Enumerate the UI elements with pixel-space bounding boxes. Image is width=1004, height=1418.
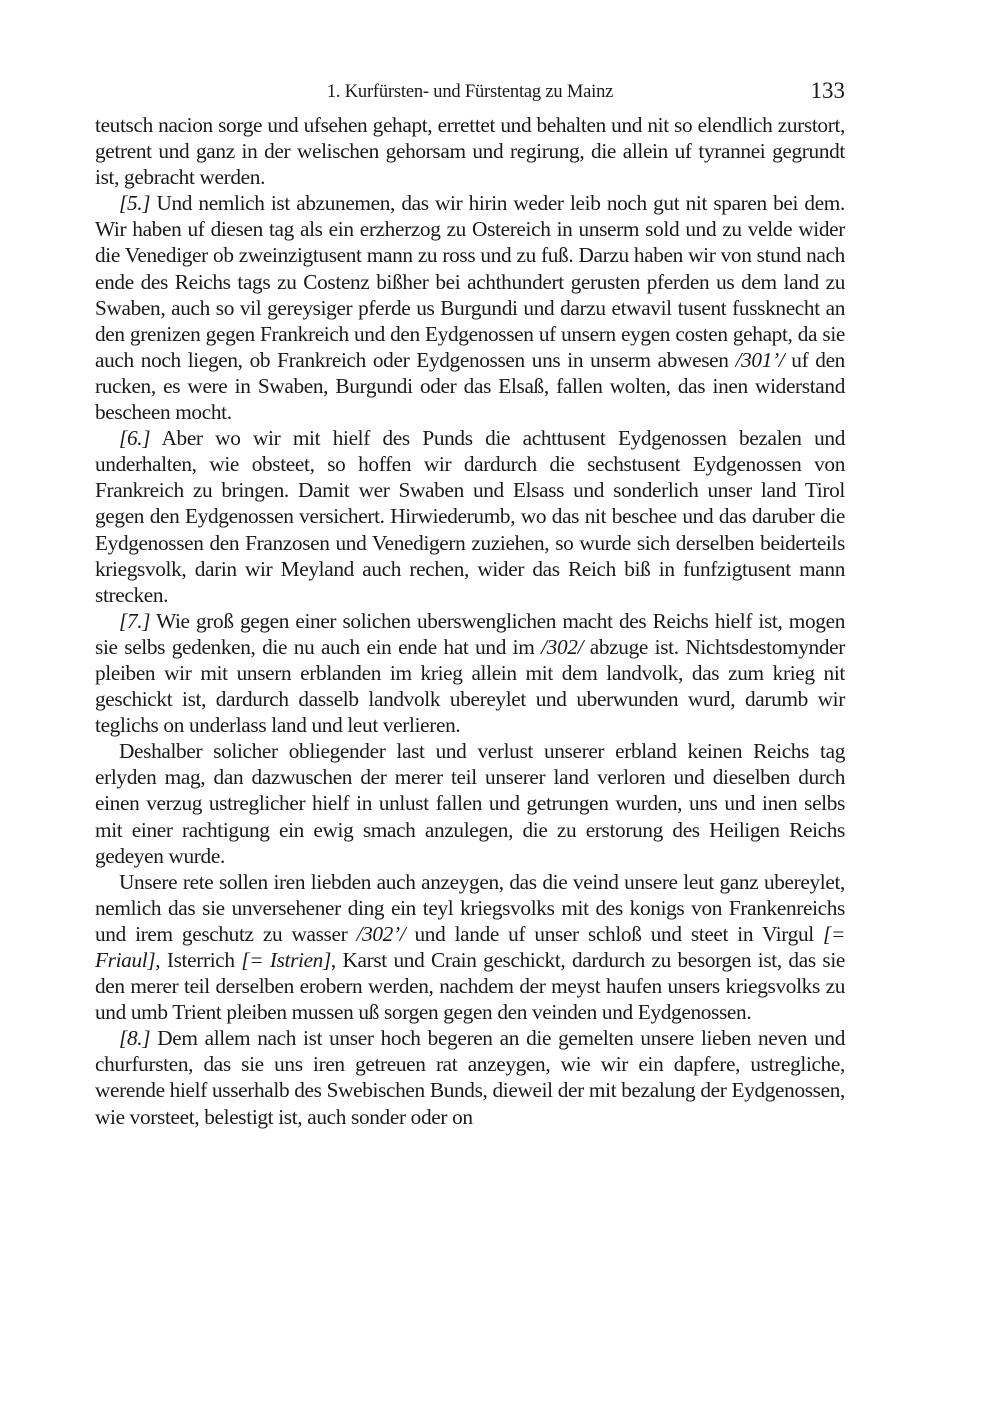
document-page: 1. Kurfürsten- und Fürstentag zu Mainz 1… (95, 78, 845, 1130)
editorial-note: [= Istrien] (241, 948, 331, 972)
paragraph-unsere-rete: Unsere rete sollen iren liebden auch anz… (95, 869, 845, 1026)
folio-marker: /302/ (541, 635, 583, 659)
section-marker: [8.] (119, 1026, 150, 1050)
page-number: 133 (811, 78, 846, 104)
body-text: teutsch nacion sorge und ufsehen gehapt,… (95, 112, 845, 1130)
section-marker: [6.] (119, 426, 150, 450)
paragraph-6: [6.] Aber wo wir mit hielf des Punds die… (95, 425, 845, 608)
paragraph-deshalber: Deshalber solicher obliegender last und … (95, 738, 845, 868)
paragraph-5: [5.] Und nemlich ist abzunemen, das wir … (95, 190, 845, 425)
folio-marker: /301’/ (736, 348, 785, 372)
paragraph-7: [7.] Wie groß gegen einer solichen ubers… (95, 608, 845, 738)
paragraph-8: [8.] Dem allem nach ist unser hoch beger… (95, 1025, 845, 1129)
running-title: 1. Kurfürsten- und Fürstentag zu Mainz (95, 82, 845, 103)
running-header: 1. Kurfürsten- und Fürstentag zu Mainz 1… (95, 78, 845, 112)
folio-marker: /302’/ (357, 922, 406, 946)
section-marker: [7.] (119, 609, 150, 633)
section-marker: [5.] (119, 191, 150, 215)
paragraph-continuation: teutsch nacion sorge und ufsehen gehapt,… (95, 112, 845, 190)
